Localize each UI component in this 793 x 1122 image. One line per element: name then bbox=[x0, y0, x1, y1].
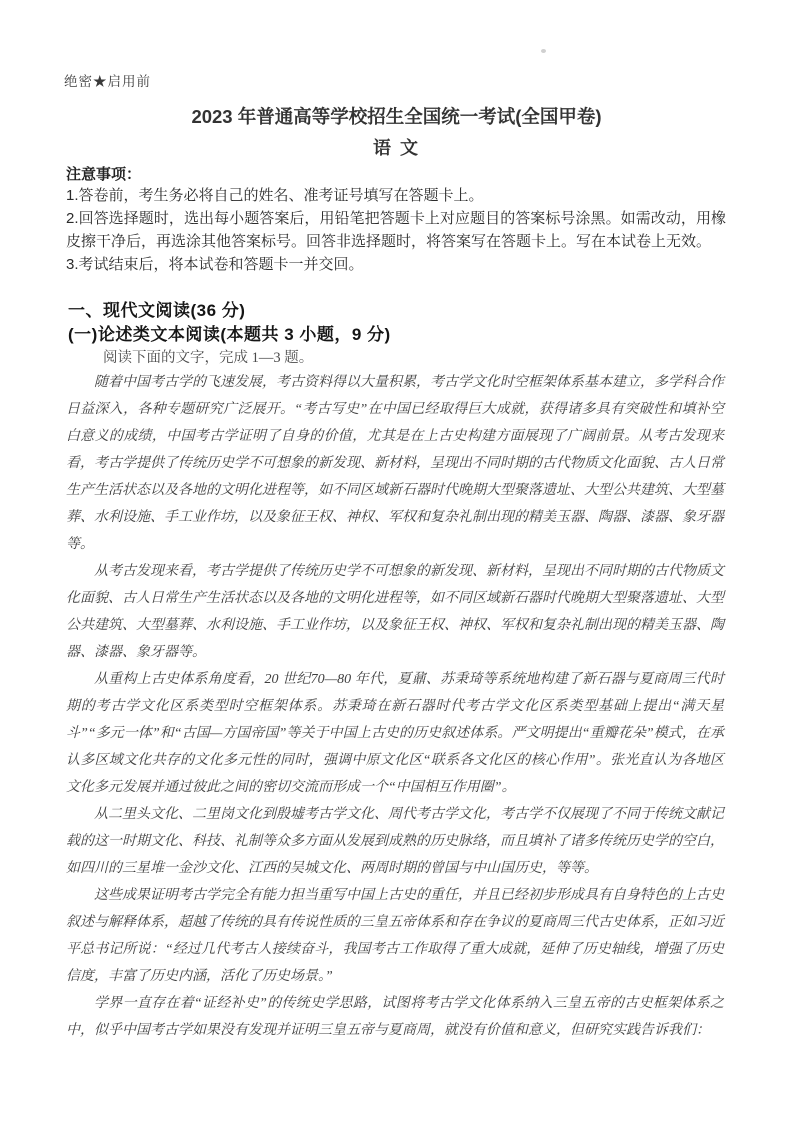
passage-paragraph-5: 这些成果证明考古学完全有能力担当重写中国上古史的重任，并且已经初步形成具有自身特… bbox=[66, 882, 724, 990]
exam-title: 2023 年普通高等学校招生全国统一考试(全国甲卷) bbox=[0, 103, 793, 129]
section-heading-modern-reading: 一、现代文阅读(36 分) bbox=[68, 296, 245, 321]
passage-paragraph-2: 从考古发现来看，考古学提供了传统历史学不可想象的新发现、新材料，呈现出不同时期的… bbox=[66, 558, 724, 666]
subject-title: 语 文 bbox=[0, 134, 793, 160]
passage-paragraph-3: 从重构上古史体系角度看，20 世纪70—80 年代，夏鼐、苏秉琦等系统地构建了新… bbox=[66, 666, 724, 801]
passage-paragraph-6: 学界一直存在着“证经补史”的传统史学思路，试图将考古学文化体系纳入三皇五帝的古史… bbox=[66, 990, 724, 1044]
notice-heading: 注意事项： bbox=[66, 163, 141, 184]
passage-paragraph-1: 随着中国考古学的飞速发展，考古资料得以大量积累，考古学文化时空框架体系基本建立，… bbox=[66, 369, 724, 558]
classification-label: 绝密★启用前 bbox=[64, 70, 151, 90]
passage-paragraph-4: 从二里头文化、二里岗文化到殷墟考古学文化、周代考古学文化，考古学不仅展现了不同于… bbox=[66, 801, 724, 882]
notice-list: 1.答卷前，考生务必将自己的姓名、准考证号填写在答题卡上。 2.回答选择题时，选… bbox=[66, 184, 726, 276]
reading-passage: 随着中国考古学的飞速发展，考古资料得以大量积累，考古学文化时空框架体系基本建立，… bbox=[66, 369, 724, 1044]
exam-paper-page: 绝密★启用前 2023 年普通高等学校招生全国统一考试(全国甲卷) 语 文 注意… bbox=[0, 0, 793, 1122]
notice-item-3: 3.考试结束后，将本试卷和答题卡一并交回。 bbox=[66, 253, 726, 276]
notice-item-2: 2.回答选择题时，选出每小题答案后，用铅笔把答题卡上对应题目的答案标号涂黑。如需… bbox=[66, 207, 726, 253]
reading-instruction: 阅读下面的文字，完成 1—3 题。 bbox=[103, 346, 313, 367]
subsection-heading-argumentative-text: (一)论述类文本阅读(本题共 3 小题，9 分) bbox=[68, 320, 391, 345]
scan-artifact-dot bbox=[541, 49, 546, 53]
notice-item-1: 1.答卷前，考生务必将自己的姓名、准考证号填写在答题卡上。 bbox=[66, 184, 726, 207]
